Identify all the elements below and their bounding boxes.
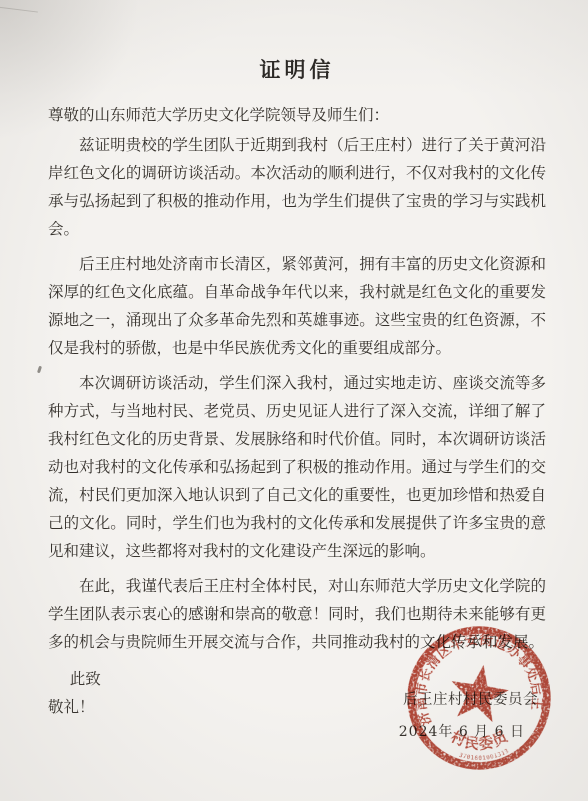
letter-salutation: 尊敬的山东师范大学历史文化学院领导及师生们： [48,101,546,129]
body-paragraph-1: 兹证明贵校的学生团队于近期到我村（后王庄村）进行了关于黄河沿岸红色文化的调研访谈… [48,131,546,243]
scan-artifact-dot [508,316,511,319]
body-paragraph-2: 后王庄村地处济南市长清区，紧邻黄河，拥有丰富的历史文化资源和深厚的红色文化底蕴。… [48,250,546,362]
letter-page: 证明信 尊敬的山东师范大学历史文化学院领导及师生们： 兹证明贵校的学生团队于近期… [0,0,588,801]
scan-artifact-speck [37,366,42,374]
svg-text:3701601001313: 3701601001313 [458,748,511,764]
letter-title: 证明信 [48,54,546,84]
seal-code-number: 3701601001313 [458,748,511,764]
body-paragraph-3: 本次调研访谈活动，学生们深入我村，通过实地走访、座谈交流等多种方式，与当地村民、… [48,369,546,565]
signature-block: 后王庄村村民委员会 2024年 6 月 6 日 [399,688,538,741]
scan-artifact-edge [0,6,38,12]
date-line: 2024年 6 月 6 日 [399,721,525,741]
signature-line: 后王庄村村民委员会 [399,688,538,709]
body-paragraph-4: 在此，我谨代表后王庄村全体村民，对山东师范大学历史文化学院的学生团队表示衷心的感… [48,572,546,656]
